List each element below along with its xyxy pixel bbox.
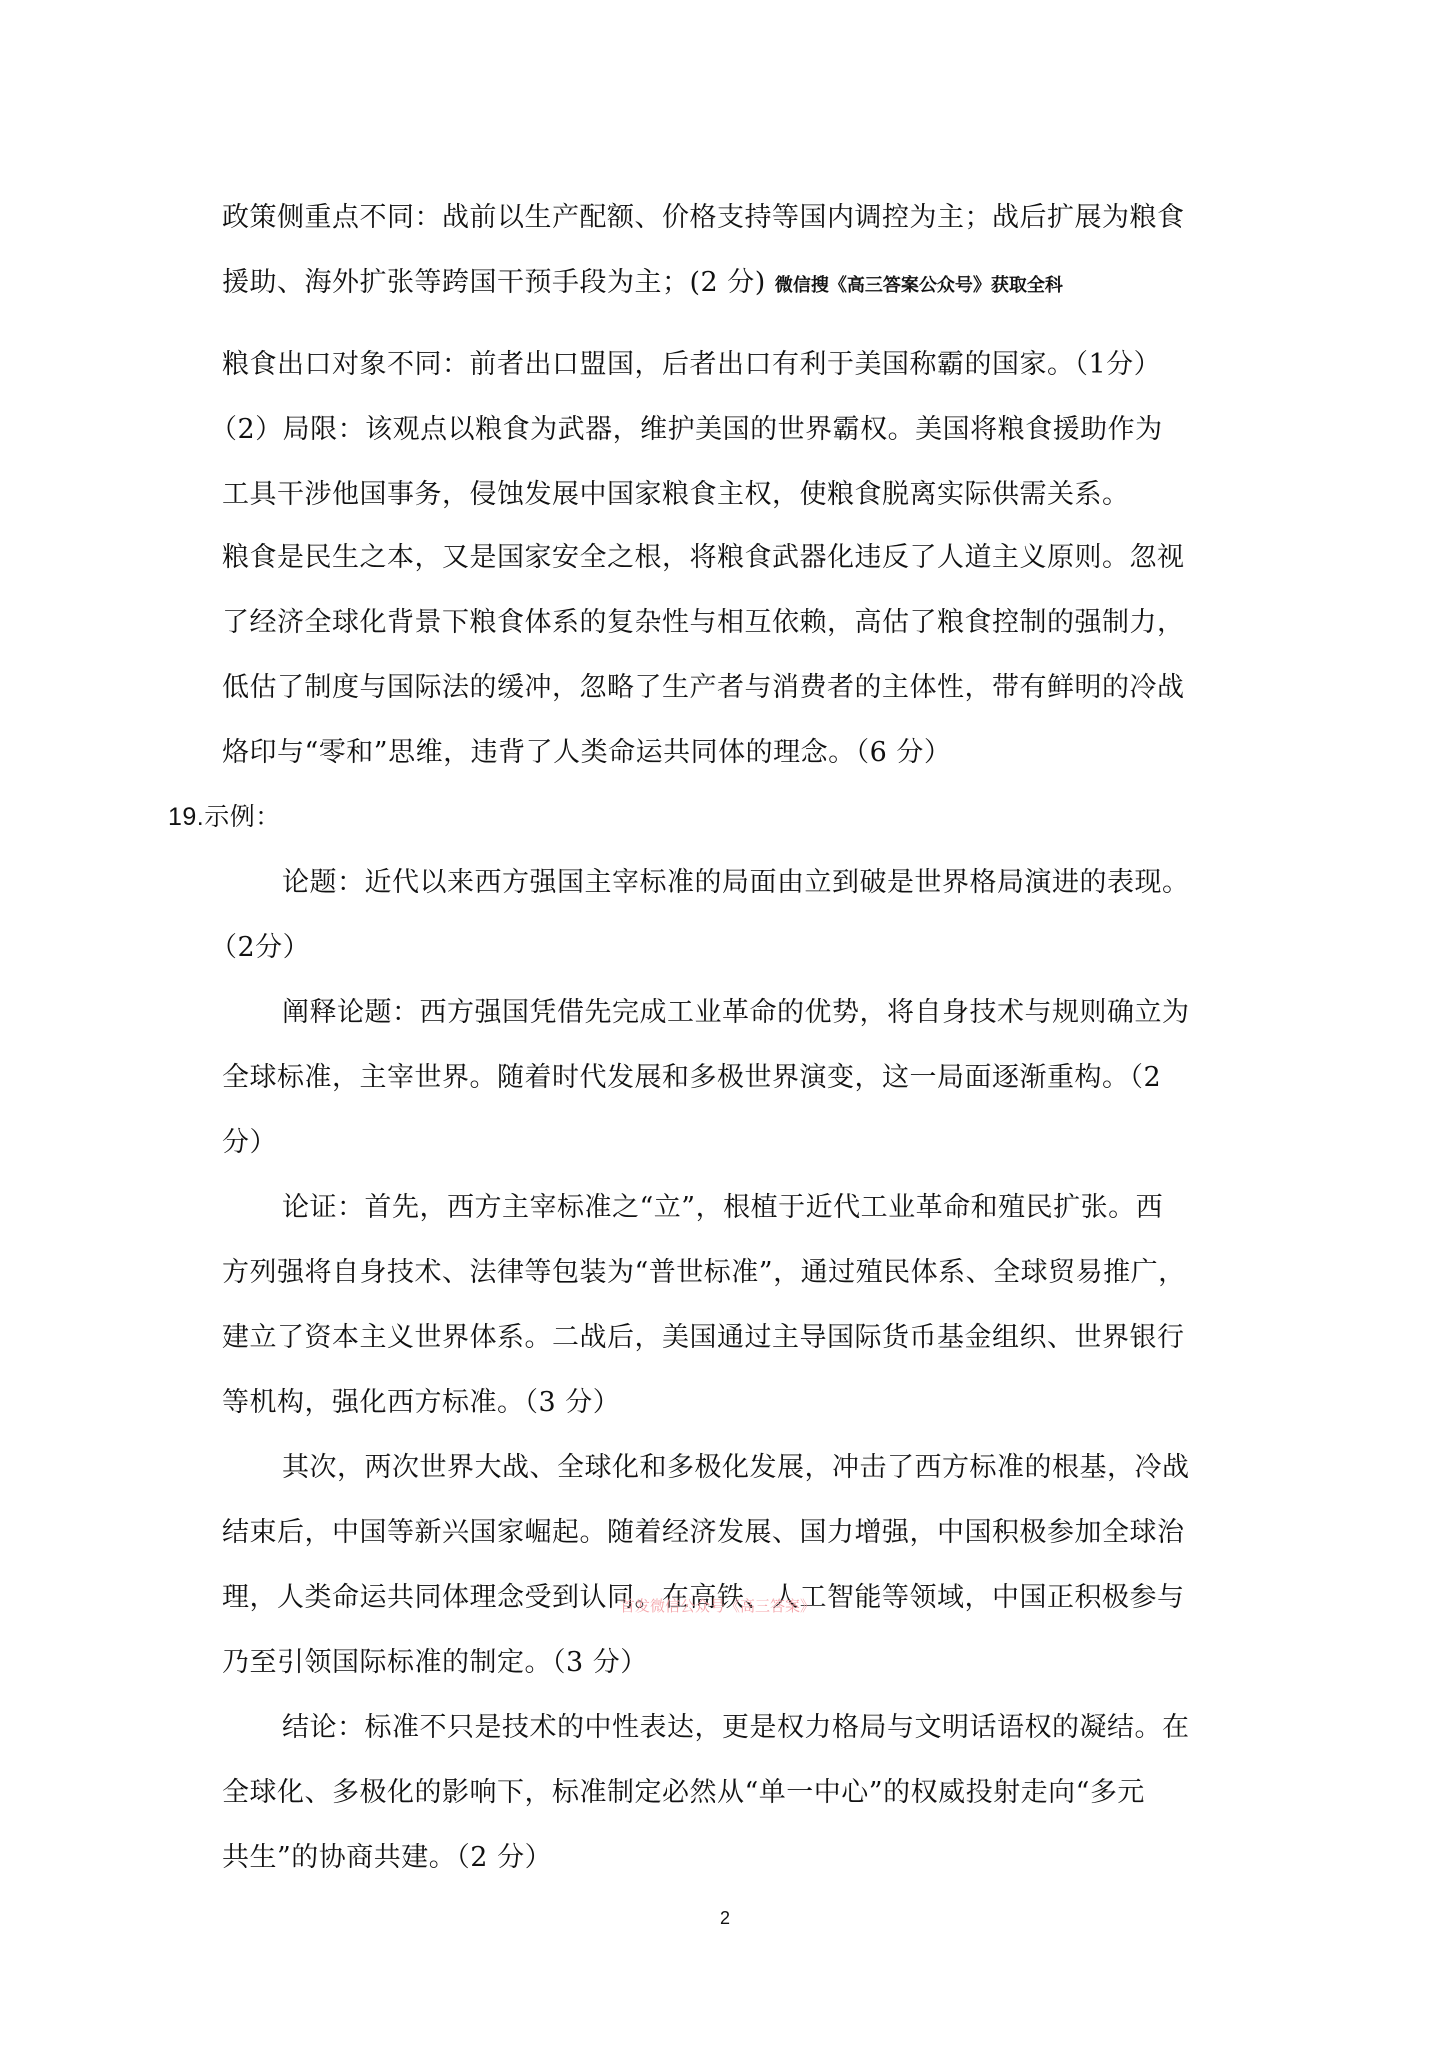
text-line: 建立了资本主义世界体系。二战后，美国通过主导国际货币基金组织、世界银行: [222, 1315, 1185, 1354]
text-line: 烙印与“零和”思维，违背了人类命运共同体的理念。（6 分）: [222, 730, 951, 769]
text-line: 了经济全球化背景下粮食体系的复杂性与相互依赖，高估了粮食控制的强制力，: [222, 600, 1185, 639]
text-line: 粮食出口对象不同：前者出口盟国，后者出口有利于美国称霸的国家。（1分）: [222, 342, 1161, 381]
text-line: 方列强将自身技术、法律等包装为“普世标准”，通过殖民体系、全球贸易推广，: [222, 1250, 1186, 1289]
text-line: 全球标准，主宰世界。随着时代发展和多极世界演变，这一局面逐渐重构。（2: [222, 1055, 1161, 1094]
text-line: 共生”的协商共建。（2 分）: [222, 1835, 552, 1874]
text-line: 等机构，强化西方标准。（3 分）: [222, 1380, 620, 1419]
text-line: 全球化、多极化的影响下，标准制定必然从“单一中心”的权威投射走向“多元: [222, 1770, 1145, 1809]
text-line: 分）: [222, 1120, 277, 1159]
thesis-line: 论题：近代以来西方强国主宰标准的局面由立到破是世界格局演进的表现。: [282, 860, 1190, 899]
text-line-content: 援助、海外扩张等跨国干预手段为主；(2 分): [222, 267, 766, 298]
question-number: 19.示例：: [168, 797, 281, 833]
argument-line: 论证：首先，西方主宰标准之“立”，根植于近代工业革命和殖民扩张。西: [282, 1185, 1163, 1224]
text-line: 乃至引领国际标准的制定。（3 分）: [222, 1640, 648, 1679]
text-line: 低估了制度与国际法的缓冲，忽略了生产者与消费者的主体性，带有鲜明的冷战: [222, 665, 1185, 704]
explanation-line: 阐释论题：西方强国凭借先完成工业革命的优势，将自身技术与规则确立为: [282, 990, 1190, 1029]
text-line: 工具干涉他国事务，侵蚀发展中国家粮食主权，使粮食脱离实际供需关系。: [222, 472, 1130, 511]
text-line: 援助、海外扩张等跨国干预手段为主；(2 分) 微信搜《高三答案公众号》获取全科: [222, 260, 1063, 299]
inline-note: 微信搜《高三答案公众号》获取全科: [775, 275, 1063, 296]
text-line: 政策侧重点不同：战前以生产配额、价格支持等国内调控为主；战后扩展为粮食: [222, 195, 1185, 234]
text-line: 粮食是民生之本，又是国家安全之根，将粮食武器化违反了人道主义原则。忽视: [222, 535, 1185, 574]
watermark: 首发微信公众号《高三答案》: [620, 1595, 815, 1616]
text-line: （2）局限：该观点以粮食为武器，维护美国的世界霸权。美国将粮食援助作为: [210, 407, 1163, 446]
text-line: （2分）: [210, 925, 310, 964]
argument-line: 其次，两次世界大战、全球化和多极化发展，冲击了西方标准的根基，冷战: [282, 1445, 1190, 1484]
conclusion-line: 结论：标准不只是技术的中性表达，更是权力格局与文明话语权的凝结。在: [282, 1705, 1190, 1744]
text-line: 结束后，中国等新兴国家崛起。随着经济发展、国力增强，中国积极参加全球治: [222, 1510, 1185, 1549]
page-number: 2: [720, 1908, 730, 1929]
